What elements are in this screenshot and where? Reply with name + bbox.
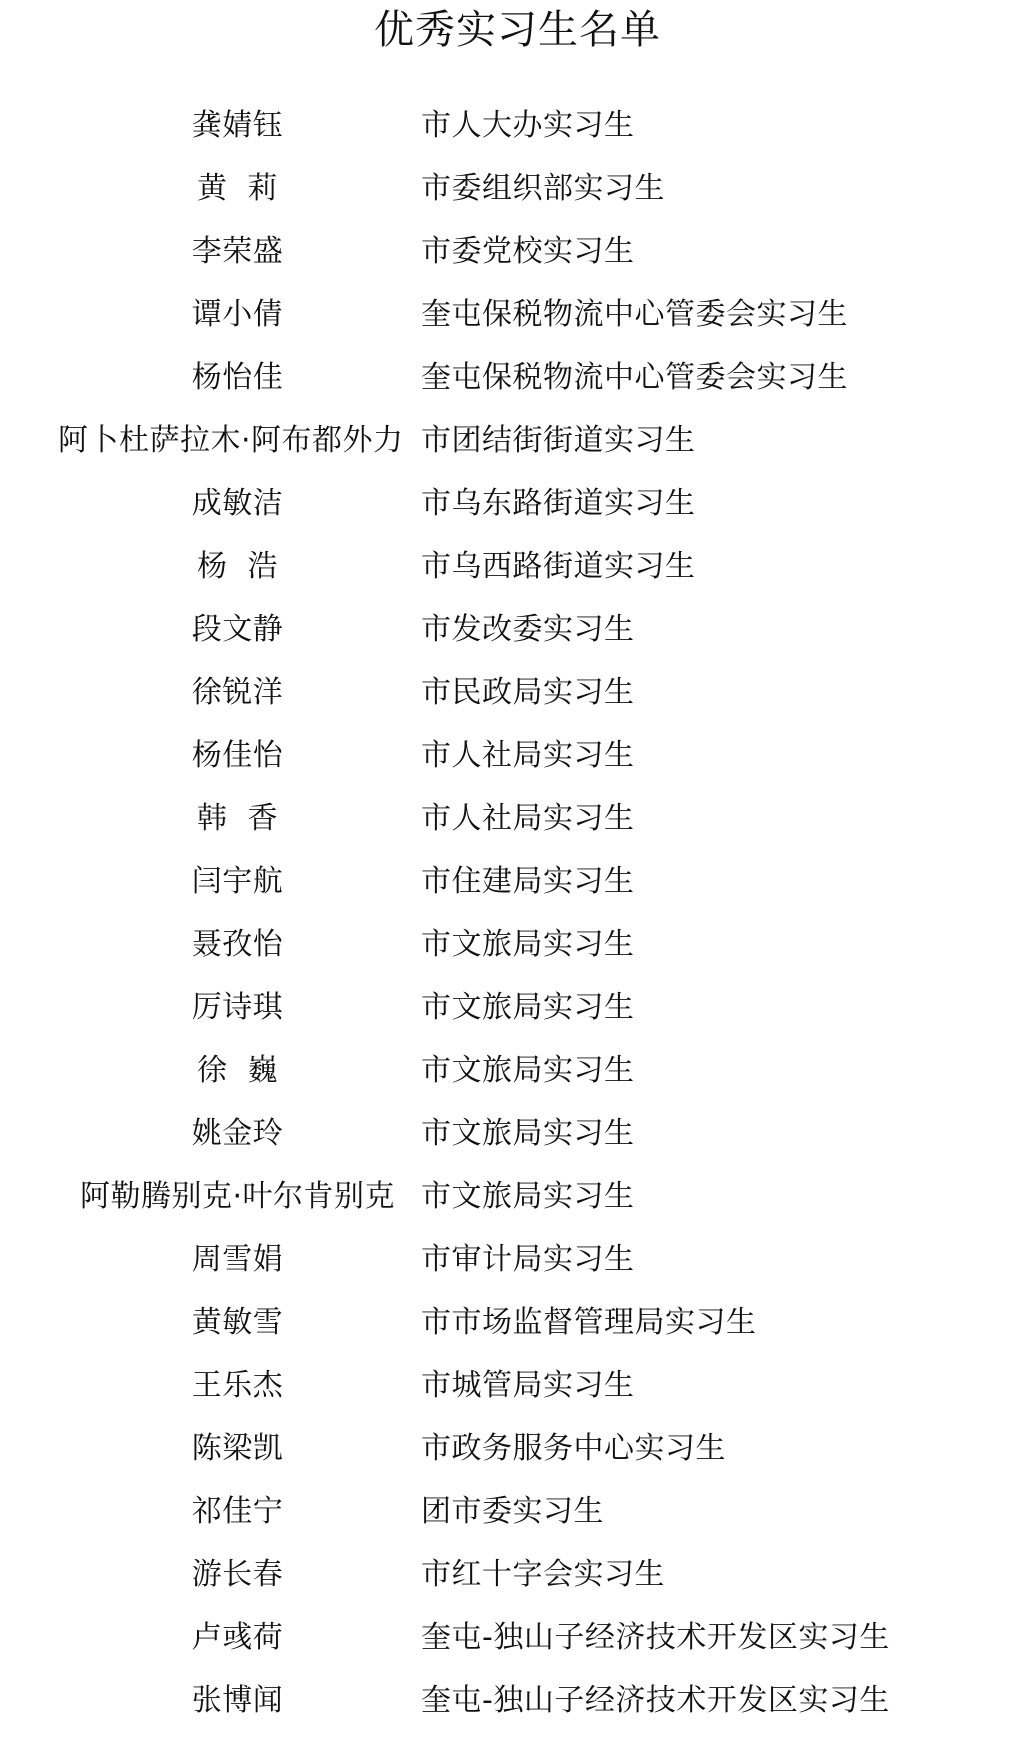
intern-unit: 市住建局实习生	[421, 856, 635, 908]
intern-name: 游长春	[40, 1549, 435, 1601]
intern-unit: 市审计局实习生	[421, 1234, 635, 1286]
list-item: 姚金玲市文旅局实习生	[0, 1108, 1035, 1171]
list-item: 谭小倩奎屯保税物流中心管委会实习生	[0, 289, 1035, 352]
intern-name: 韩 香	[40, 793, 435, 845]
intern-unit: 市文旅局实习生	[421, 982, 635, 1034]
list-item: 祁佳宁团市委实习生	[0, 1486, 1035, 1549]
intern-name: 祁佳宁	[40, 1486, 435, 1538]
list-item: 聂孜怡市文旅局实习生	[0, 919, 1035, 982]
intern-name: 阿勒腾别克·叶尔肯别克	[40, 1171, 435, 1223]
intern-unit: 团市委实习生	[421, 1486, 604, 1538]
intern-name: 杨佳怡	[40, 730, 435, 782]
intern-name: 谭小倩	[40, 289, 435, 341]
list-item: 黄敏雪市市场监督管理局实习生	[0, 1297, 1035, 1360]
intern-name: 段文静	[40, 604, 435, 656]
intern-unit: 市文旅局实习生	[421, 1045, 635, 1097]
list-item: 卢彧荷奎屯-独山子经济技术开发区实习生	[0, 1612, 1035, 1675]
intern-name: 王乐杰	[40, 1360, 435, 1412]
intern-unit: 市人大办实习生	[421, 100, 635, 152]
intern-name: 卢彧荷	[40, 1612, 435, 1664]
intern-name: 陈梁凯	[40, 1423, 435, 1475]
intern-name: 黄 莉	[40, 163, 435, 215]
list-item: 陈梁凯市政务服务中心实习生	[0, 1423, 1035, 1486]
list-item: 徐 巍市文旅局实习生	[0, 1045, 1035, 1108]
list-item: 杨 浩市乌西路街道实习生	[0, 541, 1035, 604]
intern-unit: 市团结街街道实习生	[421, 415, 696, 467]
list-item: 李荣盛市委党校实习生	[0, 226, 1035, 289]
list-item: 段文静市发改委实习生	[0, 604, 1035, 667]
intern-name: 徐 巍	[40, 1045, 435, 1097]
intern-unit: 市城管局实习生	[421, 1360, 635, 1412]
list-item: 杨怡佳奎屯保税物流中心管委会实习生	[0, 352, 1035, 415]
list-item: 王乐杰市城管局实习生	[0, 1360, 1035, 1423]
list-item: 游长春市红十字会实习生	[0, 1549, 1035, 1612]
intern-name: 聂孜怡	[40, 919, 435, 971]
intern-unit: 市委党校实习生	[421, 226, 635, 278]
intern-name: 闫宇航	[40, 856, 435, 908]
intern-name: 黄敏雪	[40, 1297, 435, 1349]
intern-unit: 奎屯保税物流中心管委会实习生	[421, 352, 848, 404]
list-item: 周雪娟市审计局实习生	[0, 1234, 1035, 1297]
list-item: 韩 香市人社局实习生	[0, 793, 1035, 856]
intern-name: 龚婧钰	[40, 100, 435, 152]
list-item: 杨佳怡市人社局实习生	[0, 730, 1035, 793]
intern-unit: 市文旅局实习生	[421, 1171, 635, 1223]
list-item: 闫宇航市住建局实习生	[0, 856, 1035, 919]
intern-name: 姚金玲	[40, 1108, 435, 1160]
intern-list: 龚婧钰市人大办实习生 黄 莉市委组织部实习生 李荣盛市委党校实习生 谭小倩奎屯保…	[0, 100, 1035, 1738]
intern-name: 徐锐洋	[40, 667, 435, 719]
intern-name: 阿卜杜萨拉木·阿布都外力	[58, 415, 404, 467]
intern-unit: 市委组织部实习生	[421, 163, 665, 215]
intern-name: 张博闻	[40, 1675, 435, 1727]
intern-unit: 市文旅局实习生	[421, 919, 635, 971]
intern-name: 杨怡佳	[40, 352, 435, 404]
intern-name: 成敏洁	[40, 478, 435, 530]
intern-name: 厉诗琪	[40, 982, 435, 1034]
intern-unit: 市乌东路街道实习生	[421, 478, 696, 530]
intern-unit: 奎屯保税物流中心管委会实习生	[421, 289, 848, 341]
intern-name: 李荣盛	[40, 226, 435, 278]
intern-unit: 市政务服务中心实习生	[421, 1423, 726, 1475]
intern-unit: 市人社局实习生	[421, 793, 635, 845]
list-item: 阿勒腾别克·叶尔肯别克市文旅局实习生	[0, 1171, 1035, 1234]
intern-unit: 奎屯-独山子经济技术开发区实习生	[421, 1675, 890, 1727]
intern-unit: 市文旅局实习生	[421, 1108, 635, 1160]
list-item: 黄 莉市委组织部实习生	[0, 163, 1035, 226]
intern-unit: 奎屯-独山子经济技术开发区实习生	[421, 1612, 890, 1664]
list-item: 张博闻奎屯-独山子经济技术开发区实习生	[0, 1675, 1035, 1738]
list-item: 成敏洁市乌东路街道实习生	[0, 478, 1035, 541]
intern-unit: 市红十字会实习生	[421, 1549, 665, 1601]
list-item: 龚婧钰市人大办实习生	[0, 100, 1035, 163]
list-item: 厉诗琪市文旅局实习生	[0, 982, 1035, 1045]
intern-name: 周雪娟	[40, 1234, 435, 1286]
intern-unit: 市市场监督管理局实习生	[421, 1297, 757, 1349]
document-title: 优秀实习生名单	[0, 2, 1035, 58]
list-item: 徐锐洋市民政局实习生	[0, 667, 1035, 730]
list-item: 阿卜杜萨拉木·阿布都外力市团结街街道实习生	[0, 415, 1035, 478]
intern-unit: 市乌西路街道实习生	[421, 541, 696, 593]
intern-unit: 市发改委实习生	[421, 604, 635, 656]
intern-name: 杨 浩	[40, 541, 435, 593]
intern-unit: 市民政局实习生	[421, 667, 635, 719]
intern-unit: 市人社局实习生	[421, 730, 635, 782]
